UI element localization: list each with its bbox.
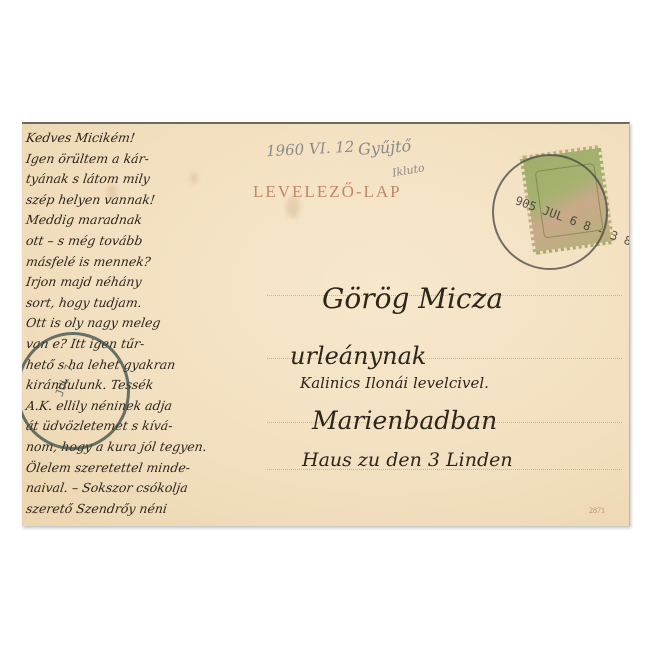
message-line: ott – s még tovább (25, 231, 268, 252)
message-line: naival. – Sokszor csókolja (25, 478, 268, 499)
pencil-date-note: 1960 VI. 12 (266, 138, 355, 161)
postcard: LEVELEZŐ-LAP 1960 VI. 12 Gyűjtő Ikluto K… (22, 122, 630, 526)
address-name: Görög Micza (322, 282, 503, 315)
message-line: szép helyen vannak! (25, 190, 268, 211)
message-line: másfelé is mennek? (25, 252, 268, 273)
message-line: Igen örültem a kár- (25, 149, 268, 170)
address-city: Marienbadban (312, 406, 497, 435)
message-line: Irjon majd néhány (25, 272, 268, 293)
message-line: szerető Szendrőy néni (25, 499, 268, 520)
message-line: Ölelem szeretettel minde- (25, 458, 268, 479)
handwritten-message: Kedves Micikém! Igen örültem a kár- tyán… (26, 128, 266, 519)
print-number: 2871 (589, 506, 605, 515)
message-line: tyának s látom mily (25, 169, 268, 190)
message-line: Meddig maradnak (25, 210, 268, 231)
address-care-of: Kalinics Ilonái levelcivel. (300, 374, 489, 392)
address-title: urleánynak (290, 342, 426, 370)
message-line: Ott is oly nagy meleg (25, 313, 268, 334)
message-line: sort, hogy tudjam. (25, 293, 268, 314)
pencil-collector-note: Gyűjtő (357, 136, 411, 159)
message-line: Kedves Micikém! (25, 128, 268, 149)
printed-title: LEVELEZŐ-LAP (253, 182, 402, 202)
pencil-small-note: Ikluto (391, 161, 425, 179)
address-house: Haus zu den 3 Linden (302, 449, 513, 471)
